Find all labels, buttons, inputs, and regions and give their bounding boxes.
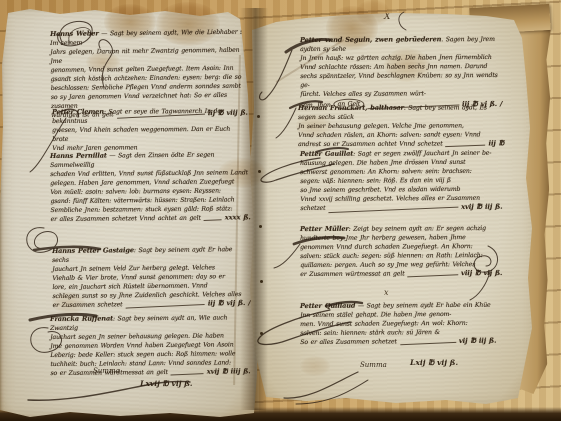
amount-rule [204,219,222,221]
manuscript-line: Hanns Pernillat — Sagt den Zinsen ödte E… [50,150,250,170]
summa-amount: Lxij ℔ vij ß. [410,358,458,367]
entry-body: hundterte bey Jme Jhr herberg gewesen, h… [300,233,502,270]
entry-name: Francka Ruffenat [50,314,113,323]
entry-body: Jn Jrem hauß: wz gärtten achzig. Die hab… [300,53,502,99]
summa-amount: Lxvij ℔ vij ß. [140,379,193,388]
entry-body: Jauchart segen Jn seiner behausung geleg… [50,331,250,369]
entry-paragraph: Petter Müller: Zeigt bey seinem aydt an:… [300,224,502,279]
entry-paragraph: Hanns Petter Gastaige: Sagt bey seinem a… [52,245,251,310]
entry-amount: iij ℔ [489,139,505,148]
left-page: Hanns Weber — Sagt bey seinem aydt, Wie … [0,5,264,419]
right-page: X 2 x Petter vnnd Seguin, zwen gebrüeder… [246,8,538,408]
entry-body: gwesen, Vnd khein schaden weggenommen. D… [52,125,248,144]
entry-paragraph: Petter Quillaud — Sagt bey seinem aydt E… [300,301,496,347]
amount-rule [171,373,204,375]
entry-body: hausung gelegen. Die haben Jme drössen V… [300,158,502,204]
stitch-hole [258,170,261,173]
entry-name: Petter Quillaud [300,302,355,310]
entry-name: Herman Franckart, balthasar [298,104,404,112]
amount-rule [446,145,486,148]
manuscript-photo: Hanns Weber — Sagt bey seinem aydt, Wie … [0,0,561,421]
entry-body: Jn seiner behausung gelegen. Velche Jme … [298,121,504,140]
entry-paragraph: Hanns Pernillat — Sagt den Zinsen ödte E… [50,150,251,224]
summa-label: Summa [93,367,120,375]
entry-paragraph: Francka Ruffenat: Sagt bey seinem aydt a… [50,313,251,378]
stitch-hole [257,115,260,118]
entry-amount: iij ℔ vij ß. / [208,299,251,308]
entry-paragraph: Herman Franckart, balthasar. Sagt bey se… [298,103,504,149]
entry-name: Petter Gauillat [300,150,353,158]
manuscript-line: So er alles Zusammen schetzetvij ℔ iij ß… [300,337,496,347]
manuscript-line: sechs spänntzeler, Vnnd beschlagnen Knüb… [300,71,502,90]
entry-body: Jahrs gelegen, Daruon nit mehr Zwantzig … [50,46,253,111]
manuscript-text: Sagt bey seinem aydt Er habe ein Khüe [367,302,491,310]
entry-name: Hanns Pernillat [50,152,107,160]
section-mark-x: x [384,288,389,297]
stitch-hole [259,225,262,228]
manuscript-line: er Zusammen würtmessat an geltviij ℔ vij… [300,269,502,279]
entry-amount: xxxx ß. [225,213,251,222]
manuscript-line: schetzetxvij ℔ iij ß. [300,203,502,213]
amount-rule [400,342,456,345]
manuscript-line: Hanns Petter Gastaige: Sagt bey seinem a… [52,245,250,265]
manuscript-line: Petter Clemen: Sagt er seye die Tagwanne… [52,107,248,126]
stitch-hole [260,332,263,335]
manuscript-text: Sagt er segen zwölff Jauchart Jn seiner … [358,150,492,158]
manuscript-line: Petter vnnd Seguin, zwen gebrüederen. Sa… [300,35,502,54]
entry-body: Jauchart Jn seinem Veld Zur herberg gele… [52,263,250,301]
summa-label: Summa [360,361,387,369]
manuscript-text: er Zusammen schetzet [53,300,123,310]
manuscript-text: Zeigt bey seinem aydt an: Er segen achzi… [353,225,486,233]
entry-name: Hanns Petter Gastaige [52,246,134,255]
entry-name: Petter Müller [300,225,349,233]
manuscript-text: er alles Zusammen schetzet Vnnd achtet a… [51,214,201,224]
entry-paragraph: Petter Gauillat: Sagt er segen zwölff Ja… [300,149,502,213]
manuscript-line: Vnnd schaden röslen, an Khorn: salven: s… [298,130,504,140]
entry-amount: vij ℔ iij ß. [459,337,496,346]
stitch-hole [260,280,263,283]
manuscript-line: Herman Franckart, balthasar. Sagt bey se… [298,103,504,122]
entry-paragraph: Petter Clemen: Sagt er seye die Tagwanne… [52,107,248,153]
entry-body: Jnn seinem stälel gehapt. Die haben Jme … [300,310,496,338]
entry-body: schaden Vnd erlitten, Vnnd sunst füßstuc… [50,168,250,215]
manuscript-text: andrest so er Zusammen achtet Vnnd schet… [298,139,443,149]
amount-rule [408,274,459,277]
manuscript-line: gwesen, Vnd khein schaden weggenommen. D… [52,125,248,144]
collation-mark-x: X [384,12,390,22]
entry-name: Petter Clemen [52,108,104,116]
manuscript-text: schetzet [300,204,325,213]
manuscript-text: er Zusammen würtmessat an gelt [300,269,404,279]
entry-name: Hanns Weber [50,29,99,38]
manuscript-line: er alles Zusammen schetzet Vnnd achtet a… [51,213,251,224]
entry-amount: viij ℔ vij ß. [461,269,502,278]
entry-amount: xvij ℔ iiij ß. [207,367,251,376]
manuscript-line: so er Zusammen würdtmessat an geltxvij ℔… [50,367,250,378]
manuscript-line: Francka Ruffenat: Sagt bey seinem aydt a… [50,313,250,333]
entry-paragraph: Petter vnnd Seguin, zwen gebrüederen. Sa… [300,35,502,110]
manuscript-text: So er alles Zusammen schetzet [300,337,397,347]
manuscript-line: andrest so er Zusammen achtet Vnnd schet… [298,139,504,149]
amount-rule [126,304,205,309]
entry-amount: xvij ℔ iij ß. [461,203,502,212]
entry-name: Petter vnnd Seguin, zwen gebrüederen [300,35,441,44]
